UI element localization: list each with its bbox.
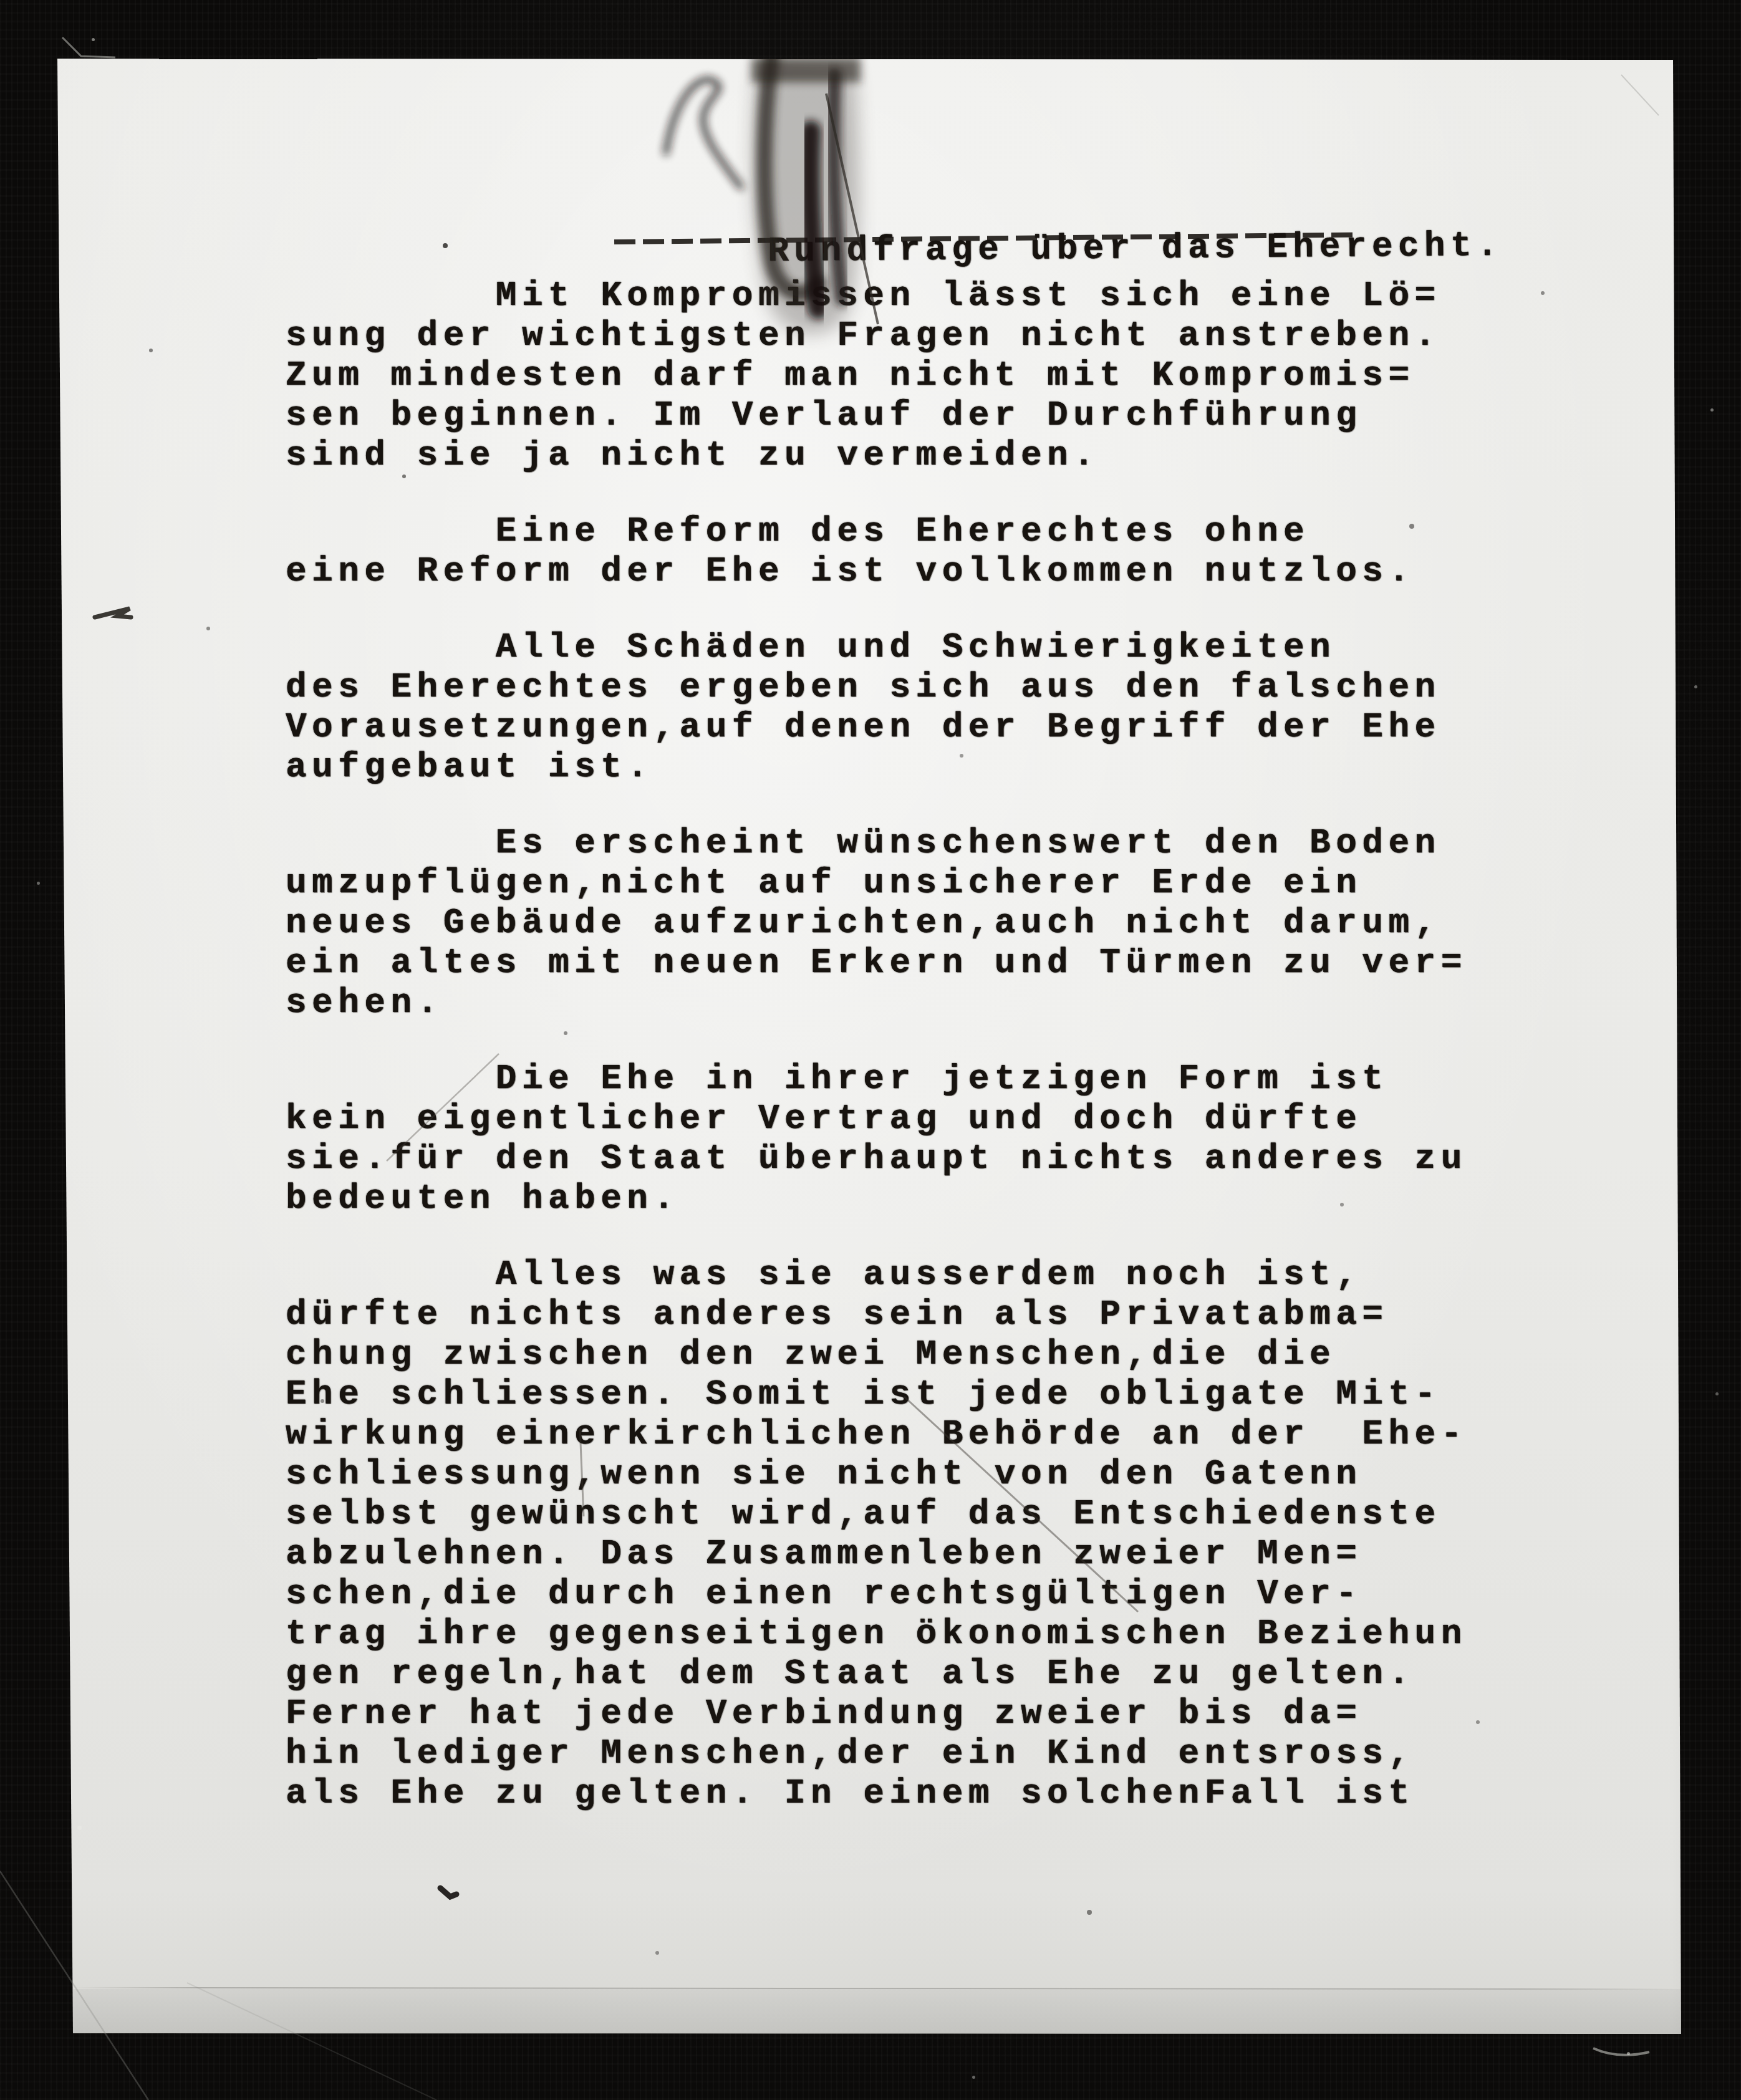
paper-crease-shadow xyxy=(73,1989,1681,2034)
paragraph: Alle Schäden und Schwierigkeiten des Ehe… xyxy=(286,627,1508,787)
paragraph: Es erscheint wünschenswert den Boden umz… xyxy=(286,823,1508,1023)
paper-crease xyxy=(73,1987,1681,1990)
scan-background: Rundfrage über das Eherecht. Mit Komprom… xyxy=(0,0,1741,2100)
film-specks xyxy=(0,0,2,2)
paragraph: Alles was sie ausserdem noch ist, dürfte… xyxy=(286,1255,1508,1813)
paragraph: Mit Kompromissen lässt sich eine Lö= sun… xyxy=(286,276,1508,475)
document-title-text: Rundfrage über das Eherecht. xyxy=(768,226,1503,271)
document-body: Mit Kompromissen lässt sich eine Lö= sun… xyxy=(286,276,1508,1813)
paragraph: Die Ehe in ihrer jetzigen Form ist kein … xyxy=(286,1059,1508,1218)
paragraph: Eine Reform des Eherechtes ohne eine Ref… xyxy=(286,511,1508,591)
document-page: Rundfrage über das Eherecht. Mit Komprom… xyxy=(0,0,1741,2100)
paper-specks xyxy=(0,0,2,2)
